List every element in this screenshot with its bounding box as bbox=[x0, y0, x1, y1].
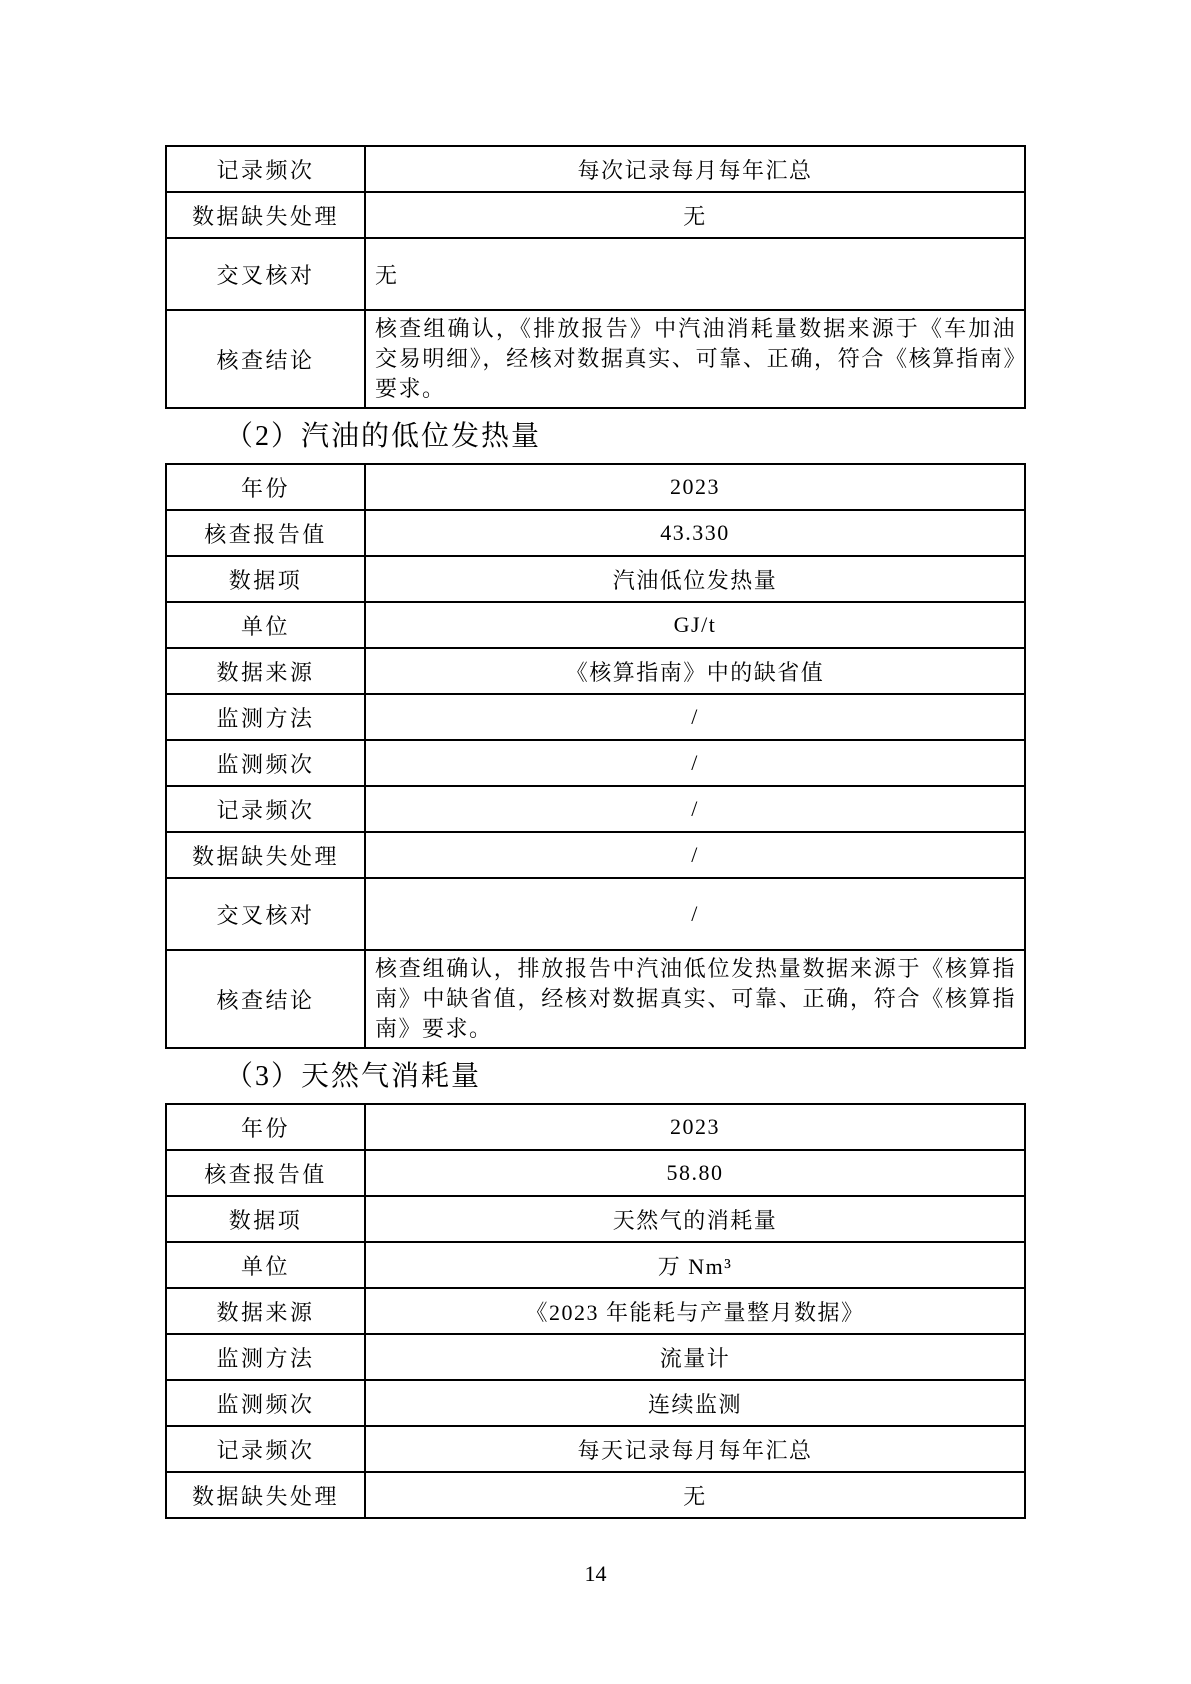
row-label: 记录频次 bbox=[166, 1426, 365, 1472]
row-value: 43.330 bbox=[365, 510, 1025, 556]
table-row: 核查结论核查组确认，《排放报告》中汽油消耗量数据来源于《车加油交易明细》，经核对… bbox=[166, 310, 1025, 408]
row-label: 数据缺失处理 bbox=[166, 192, 365, 238]
table-row: 交叉核对无 bbox=[166, 238, 1025, 310]
row-value: 无 bbox=[365, 1472, 1025, 1518]
row-label: 交叉核对 bbox=[166, 878, 365, 950]
row-label: 数据来源 bbox=[166, 648, 365, 694]
row-value: 连续监测 bbox=[365, 1380, 1025, 1426]
table-gasoline-consumption-continued: 记录频次每次记录每月每年汇总数据缺失处理无交叉核对无核查结论核查组确认，《排放报… bbox=[165, 145, 1026, 409]
row-label: 数据缺失处理 bbox=[166, 832, 365, 878]
table-row: 记录频次/ bbox=[166, 786, 1025, 832]
row-value: / bbox=[365, 786, 1025, 832]
row-label: 核查结论 bbox=[166, 950, 365, 1048]
row-label: 数据来源 bbox=[166, 1288, 365, 1334]
row-label: 数据项 bbox=[166, 556, 365, 602]
row-label: 单位 bbox=[166, 1242, 365, 1288]
table-row: 年份2023 bbox=[166, 1104, 1025, 1150]
table-body: 年份2023核查报告值58.80数据项天然气的消耗量单位万 Nm³数据来源《20… bbox=[166, 1104, 1025, 1518]
row-value: 每次记录每月每年汇总 bbox=[365, 146, 1025, 192]
row-label: 监测方法 bbox=[166, 1334, 365, 1380]
row-label: 单位 bbox=[166, 602, 365, 648]
table-row: 监测方法流量计 bbox=[166, 1334, 1025, 1380]
table-row: 监测频次连续监测 bbox=[166, 1380, 1025, 1426]
row-value: GJ/t bbox=[365, 602, 1025, 648]
row-label: 数据缺失处理 bbox=[166, 1472, 365, 1518]
row-label: 年份 bbox=[166, 464, 365, 510]
table-row: 记录频次每次记录每月每年汇总 bbox=[166, 146, 1025, 192]
row-value: / bbox=[365, 832, 1025, 878]
table-gasoline-low-heating-value: 年份2023核查报告值43.330数据项汽油低位发热量单位GJ/t数据来源《核算… bbox=[165, 463, 1026, 1049]
row-value: 无 bbox=[365, 192, 1025, 238]
table-row: 数据缺失处理无 bbox=[166, 192, 1025, 238]
table-row: 监测频次/ bbox=[166, 740, 1025, 786]
row-value: 58.80 bbox=[365, 1150, 1025, 1196]
table-row: 数据来源《2023 年能耗与产量整月数据》 bbox=[166, 1288, 1025, 1334]
row-value: 每天记录每月每年汇总 bbox=[365, 1426, 1025, 1472]
row-value: 汽油低位发热量 bbox=[365, 556, 1025, 602]
table-row: 数据来源《核算指南》中的缺省值 bbox=[166, 648, 1025, 694]
row-label: 记录频次 bbox=[166, 146, 365, 192]
row-label: 记录频次 bbox=[166, 786, 365, 832]
row-label: 核查报告值 bbox=[166, 510, 365, 556]
row-value: / bbox=[365, 740, 1025, 786]
table-row: 数据缺失处理无 bbox=[166, 1472, 1025, 1518]
row-label: 监测频次 bbox=[166, 1380, 365, 1426]
table-row: 核查报告值43.330 bbox=[166, 510, 1025, 556]
row-value: 2023 bbox=[365, 1104, 1025, 1150]
table-row: 核查报告值58.80 bbox=[166, 1150, 1025, 1196]
row-label: 数据项 bbox=[166, 1196, 365, 1242]
table-row: 数据缺失处理/ bbox=[166, 832, 1025, 878]
row-value: 《2023 年能耗与产量整月数据》 bbox=[365, 1288, 1025, 1334]
row-value: 2023 bbox=[365, 464, 1025, 510]
table-row: 数据项汽油低位发热量 bbox=[166, 556, 1025, 602]
row-value: 万 Nm³ bbox=[365, 1242, 1025, 1288]
row-value: / bbox=[365, 878, 1025, 950]
page-number: 14 bbox=[165, 1561, 1026, 1587]
page-content: 记录频次每次记录每月每年汇总数据缺失处理无交叉核对无核查结论核查组确认，《排放报… bbox=[165, 0, 1026, 1587]
table-row: 年份2023 bbox=[166, 464, 1025, 510]
document-page: 记录频次每次记录每月每年汇总数据缺失处理无交叉核对无核查结论核查组确认，《排放报… bbox=[0, 0, 1191, 1684]
table-row: 记录频次每天记录每月每年汇总 bbox=[166, 1426, 1025, 1472]
table-row: 核查结论核查组确认，排放报告中汽油低位发热量数据来源于《核算指南》中缺省值，经核… bbox=[166, 950, 1025, 1048]
section-heading-gasoline-low-heating-value: （2）汽油的低位发热量 bbox=[225, 421, 1026, 453]
table-row: 交叉核对/ bbox=[166, 878, 1025, 950]
row-value: 《核算指南》中的缺省值 bbox=[365, 648, 1025, 694]
row-label: 监测方法 bbox=[166, 694, 365, 740]
row-label: 核查报告值 bbox=[166, 1150, 365, 1196]
table-row: 数据项天然气的消耗量 bbox=[166, 1196, 1025, 1242]
row-value: 核查组确认，《排放报告》中汽油消耗量数据来源于《车加油交易明细》，经核对数据真实… bbox=[365, 310, 1025, 408]
row-value: 核查组确认，排放报告中汽油低位发热量数据来源于《核算指南》中缺省值，经核对数据真… bbox=[365, 950, 1025, 1048]
table-body: 年份2023核查报告值43.330数据项汽油低位发热量单位GJ/t数据来源《核算… bbox=[166, 464, 1025, 1048]
row-value: 流量计 bbox=[365, 1334, 1025, 1380]
row-label: 交叉核对 bbox=[166, 238, 365, 310]
table-natural-gas-consumption: 年份2023核查报告值58.80数据项天然气的消耗量单位万 Nm³数据来源《20… bbox=[165, 1103, 1026, 1519]
row-value: / bbox=[365, 694, 1025, 740]
table-row: 监测方法/ bbox=[166, 694, 1025, 740]
table-row: 单位GJ/t bbox=[166, 602, 1025, 648]
table-body: 记录频次每次记录每月每年汇总数据缺失处理无交叉核对无核查结论核查组确认，《排放报… bbox=[166, 146, 1025, 408]
row-label: 监测频次 bbox=[166, 740, 365, 786]
row-label: 核查结论 bbox=[166, 310, 365, 408]
section-heading-natural-gas-consumption: （3）天然气消耗量 bbox=[225, 1061, 1026, 1093]
row-label: 年份 bbox=[166, 1104, 365, 1150]
table-row: 单位万 Nm³ bbox=[166, 1242, 1025, 1288]
row-value: 天然气的消耗量 bbox=[365, 1196, 1025, 1242]
row-value: 无 bbox=[365, 238, 1025, 310]
